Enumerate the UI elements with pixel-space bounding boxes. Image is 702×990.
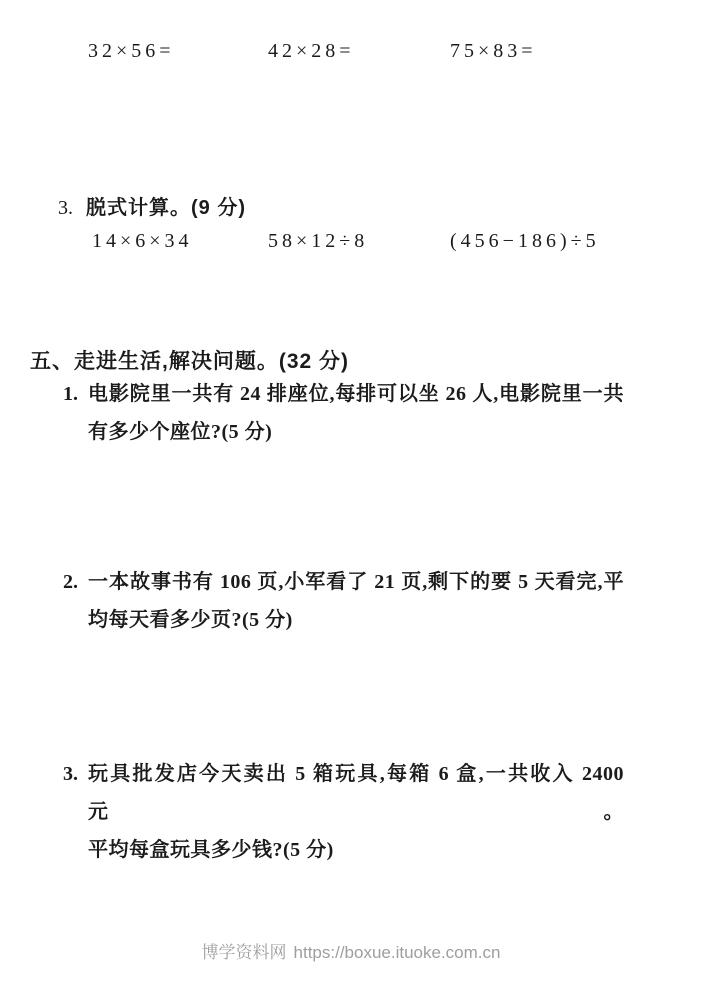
section-five-heading: 五、走进生活,解决问题。(32 分) [30, 345, 349, 375]
problem-line: 均每天看多少页?(5 分) [88, 601, 624, 639]
watermark-footer: 博学资料网https://boxue.ituoke.com.cn [0, 938, 702, 963]
section-number: 3. [58, 197, 73, 219]
problem-line: 玩具批发店今天卖出 5 箱玩具,每箱 6 盒,一共收入 2400 元。 [88, 755, 624, 831]
problem-text: 玩具批发店今天卖出 5 箱玩具,每箱 6 盒,一共收入 2400 元。 平均每盒… [88, 755, 624, 869]
equation-456-186-d5: (456−186)÷5 [450, 230, 600, 253]
problem-text: 一本故事书有 106 页,小军看了 21 页,剩下的要 5 天看完,平 均每天看… [88, 563, 624, 639]
watermark-url: https://boxue.ituoke.com.cn [294, 943, 501, 962]
problem-line: 一本故事书有 106 页,小军看了 21 页,剩下的要 5 天看完,平 [88, 563, 624, 601]
equation-32x56: 32×56= [88, 40, 175, 63]
problem-line: 平均每盒玩具多少钱?(5 分) [88, 831, 624, 869]
problem-line: 电影院里一共有 24 排座位,每排可以坐 26 人,电影院里一共 [88, 375, 624, 413]
worksheet-page: 32×56= 42×28= 75×83= 3.脱式计算。(9 分) 14×6×3… [0, 0, 702, 990]
problem-number: 1. [63, 375, 78, 413]
problem-line: 有多少个座位?(5 分) [88, 413, 624, 451]
equation-75x83: 75×83= [450, 40, 537, 63]
equation-58x12d8: 58×12÷8 [268, 230, 368, 253]
problem-number: 3. [63, 755, 78, 793]
equation-14x6x34: 14×6×34 [92, 230, 193, 253]
section-title: 脱式计算。(9 分) [86, 197, 246, 219]
problem-text: 电影院里一共有 24 排座位,每排可以坐 26 人,电影院里一共 有多少个座位?… [88, 375, 624, 451]
watermark-site-name: 博学资料网 [202, 943, 287, 962]
problem-number: 2. [63, 563, 78, 601]
section-step-calculation-heading: 3.脱式计算。(9 分) [58, 191, 246, 220]
equation-42x28: 42×28= [268, 40, 355, 63]
